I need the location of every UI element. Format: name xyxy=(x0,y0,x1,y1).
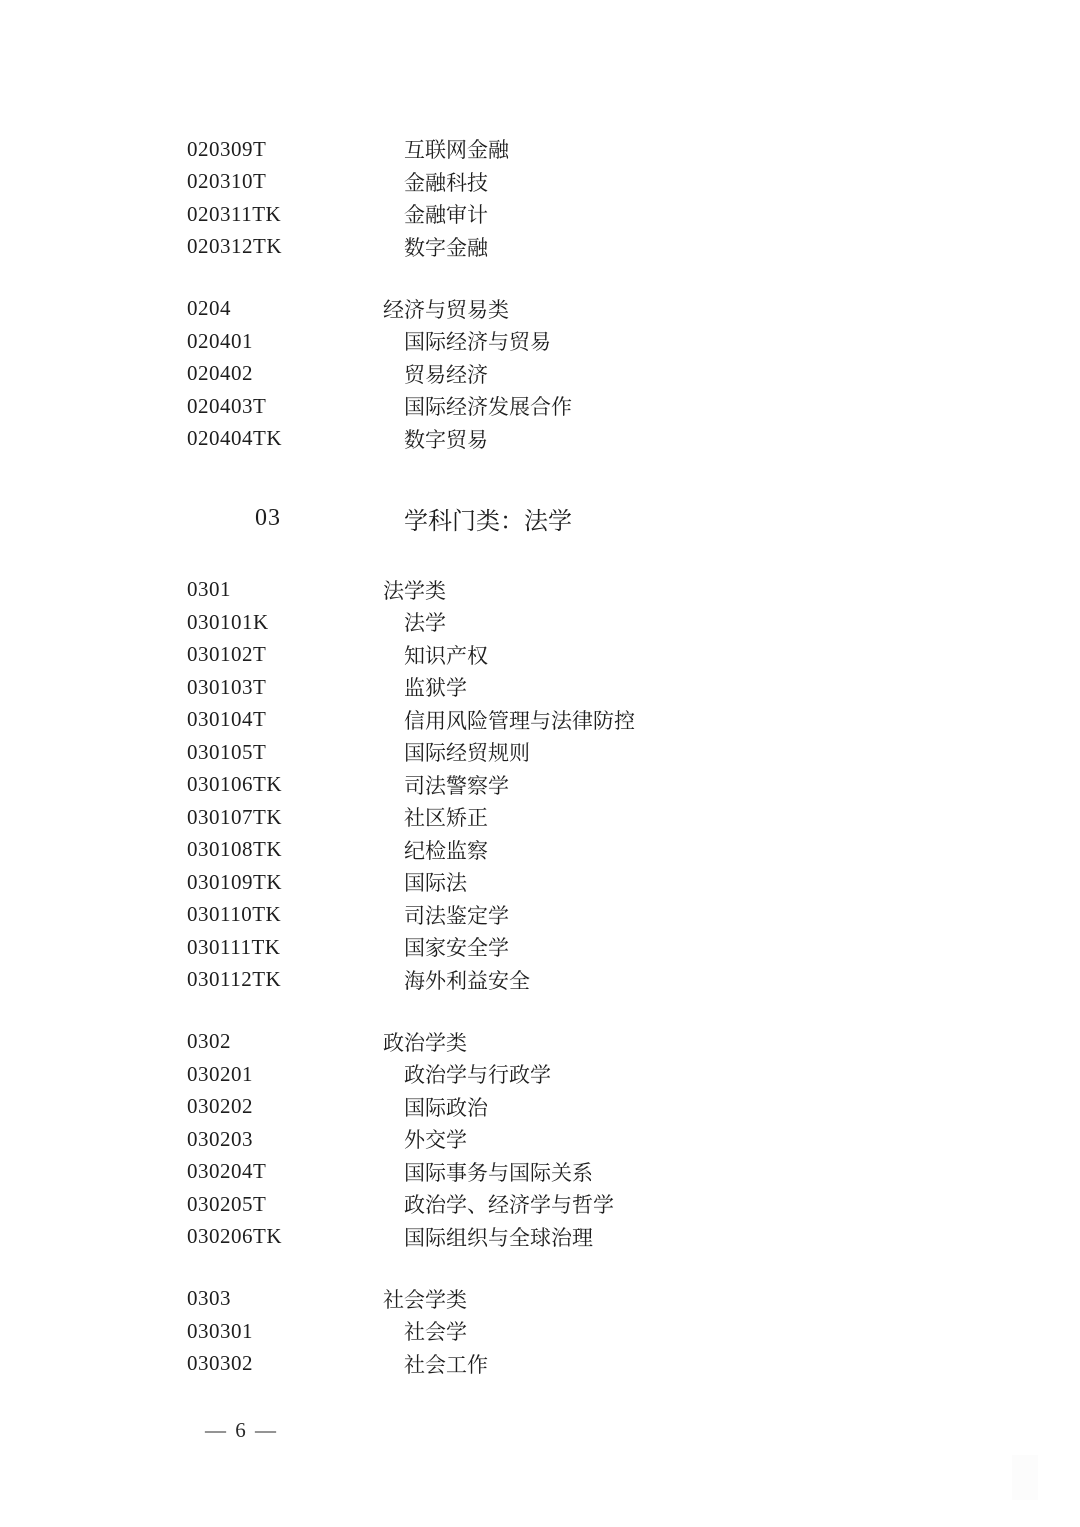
catalog-row-020312TK: 020312TK 数字金融 xyxy=(0,231,1080,264)
catalog-row-020311TK: 020311TK 金融审计 xyxy=(0,198,1080,231)
catalog-row-030105T: 030105T 国际经贸规则 xyxy=(0,736,1080,769)
catalog-row-030102T: 030102T 知识产权 xyxy=(0,639,1080,672)
category-code: 0302 xyxy=(187,1029,383,1054)
major-code: 030202 xyxy=(187,1094,404,1119)
catalog-row-020403T: 020403T 国际经济发展合作 xyxy=(0,390,1080,423)
category-name: 政治学类 xyxy=(383,1027,467,1057)
major-name: 国际事务与国际关系 xyxy=(404,1157,593,1187)
category-name: 经济与贸易类 xyxy=(383,294,509,324)
catalog-row-030103T: 030103T 监狱学 xyxy=(0,671,1080,704)
catalog-row-0204: 0204 经济与贸易类 xyxy=(0,293,1080,326)
major-name: 国际经贸规则 xyxy=(404,737,530,767)
major-code: 030206TK xyxy=(187,1224,404,1249)
catalog-row-030101K: 030101K 法学 xyxy=(0,606,1080,639)
major-code: 030205T xyxy=(187,1192,404,1217)
division-title: 学科门类：法学 xyxy=(404,501,572,536)
major-code: 030204T xyxy=(187,1159,404,1184)
catalog-row-030106TK: 030106TK 司法警察学 xyxy=(0,769,1080,802)
category-name: 法学类 xyxy=(383,575,446,605)
major-code: 020309T xyxy=(187,137,404,162)
document-page: 020309T 互联网金融 020310T 金融科技 020311TK 金融审计… xyxy=(0,0,1080,1527)
scan-artifact xyxy=(1012,1455,1038,1500)
major-name: 外交学 xyxy=(404,1124,467,1154)
major-name: 贸易经济 xyxy=(404,359,488,389)
major-code: 020310T xyxy=(187,169,404,194)
category-code: 0301 xyxy=(187,577,383,602)
major-catalog-list: 020309T 互联网金融 020310T 金融科技 020311TK 金融审计… xyxy=(0,0,1080,1380)
major-name: 金融科技 xyxy=(404,167,488,197)
catalog-row-030108TK: 030108TK 纪检监察 xyxy=(0,834,1080,867)
catalog-row-030301: 030301 社会学 xyxy=(0,1315,1080,1348)
catalog-row-030104T: 030104T 信用风险管理与法律防控 xyxy=(0,704,1080,737)
major-name: 国际经济发展合作 xyxy=(404,391,572,421)
major-code: 030201 xyxy=(187,1062,404,1087)
major-code: 020403T xyxy=(187,394,404,419)
catalog-row-030205T: 030205T 政治学、经济学与哲学 xyxy=(0,1188,1080,1221)
major-code: 020311TK xyxy=(187,202,404,227)
catalog-row-020401: 020401 国际经济与贸易 xyxy=(0,325,1080,358)
major-name: 国际组织与全球治理 xyxy=(404,1222,593,1252)
major-code: 030203 xyxy=(187,1127,404,1152)
major-name: 社会工作 xyxy=(404,1349,488,1379)
major-code: 030108TK xyxy=(187,837,404,862)
major-code: 030104T xyxy=(187,707,404,732)
major-name: 政治学与行政学 xyxy=(404,1059,551,1089)
catalog-row-030201: 030201 政治学与行政学 xyxy=(0,1058,1080,1091)
catalog-row-0303: 0303 社会学类 xyxy=(0,1283,1080,1316)
catalog-row-030110TK: 030110TK 司法鉴定学 xyxy=(0,899,1080,932)
catalog-row-030204T: 030204T 国际事务与国际关系 xyxy=(0,1156,1080,1189)
major-code: 030301 xyxy=(187,1319,404,1344)
major-code: 020402 xyxy=(187,361,404,386)
major-name: 国家安全学 xyxy=(404,932,509,962)
catalog-row-030206TK: 030206TK 国际组织与全球治理 xyxy=(0,1221,1080,1254)
major-name: 社区矫正 xyxy=(404,802,488,832)
major-name: 社会学 xyxy=(404,1316,467,1346)
major-code: 030111TK xyxy=(187,935,404,960)
major-code: 030106TK xyxy=(187,772,404,797)
catalog-row-020402: 020402 贸易经济 xyxy=(0,358,1080,391)
major-code: 030105T xyxy=(187,740,404,765)
major-code: 020404TK xyxy=(187,426,404,451)
major-name: 海外利益安全 xyxy=(404,965,530,995)
category-code: 0303 xyxy=(187,1286,383,1311)
catalog-row-03: 03 学科门类：法学 xyxy=(0,500,1080,536)
major-name: 数字金融 xyxy=(404,232,488,262)
major-name: 司法警察学 xyxy=(404,770,509,800)
catalog-row-030302: 030302 社会工作 xyxy=(0,1348,1080,1381)
major-name: 纪检监察 xyxy=(404,835,488,865)
category-code: 0204 xyxy=(187,296,383,321)
major-code: 020401 xyxy=(187,329,404,354)
major-name: 司法鉴定学 xyxy=(404,900,509,930)
major-name: 国际政治 xyxy=(404,1092,488,1122)
catalog-row-030202: 030202 国际政治 xyxy=(0,1091,1080,1124)
major-name: 信用风险管理与法律防控 xyxy=(404,705,635,735)
major-name: 互联网金融 xyxy=(404,134,509,164)
major-name: 监狱学 xyxy=(404,672,467,702)
major-name: 政治学、经济学与哲学 xyxy=(404,1189,614,1219)
catalog-row-0301: 0301 法学类 xyxy=(0,574,1080,607)
major-name: 金融审计 xyxy=(404,199,488,229)
page-footer: — 6 — xyxy=(0,1414,1080,1447)
catalog-row-020404TK: 020404TK 数字贸易 xyxy=(0,423,1080,456)
catalog-row-030112TK: 030112TK 海外利益安全 xyxy=(0,964,1080,997)
division-code: 03 xyxy=(255,505,404,532)
catalog-row-020310T: 020310T 金融科技 xyxy=(0,166,1080,199)
catalog-row-030107TK: 030107TK 社区矫正 xyxy=(0,801,1080,834)
page-number: — 6 — xyxy=(205,1418,278,1443)
major-code: 020312TK xyxy=(187,234,404,259)
major-code: 030112TK xyxy=(187,967,404,992)
major-name: 法学 xyxy=(404,607,446,637)
catalog-row-030111TK: 030111TK 国家安全学 xyxy=(0,931,1080,964)
major-name: 知识产权 xyxy=(404,640,488,670)
major-code: 030103T xyxy=(187,675,404,700)
major-name: 国际经济与贸易 xyxy=(404,326,551,356)
major-name: 数字贸易 xyxy=(404,424,488,454)
catalog-row-0302: 0302 政治学类 xyxy=(0,1026,1080,1059)
major-code: 030107TK xyxy=(187,805,404,830)
major-name: 国际法 xyxy=(404,867,467,897)
catalog-row-030109TK: 030109TK 国际法 xyxy=(0,866,1080,899)
catalog-row-030203: 030203 外交学 xyxy=(0,1123,1080,1156)
catalog-row-020309T: 020309T 互联网金融 xyxy=(0,133,1080,166)
major-code: 030109TK xyxy=(187,870,404,895)
major-code: 030102T xyxy=(187,642,404,667)
major-code: 030110TK xyxy=(187,902,404,927)
major-code: 030101K xyxy=(187,610,404,635)
category-name: 社会学类 xyxy=(383,1284,467,1314)
major-code: 030302 xyxy=(187,1351,404,1376)
